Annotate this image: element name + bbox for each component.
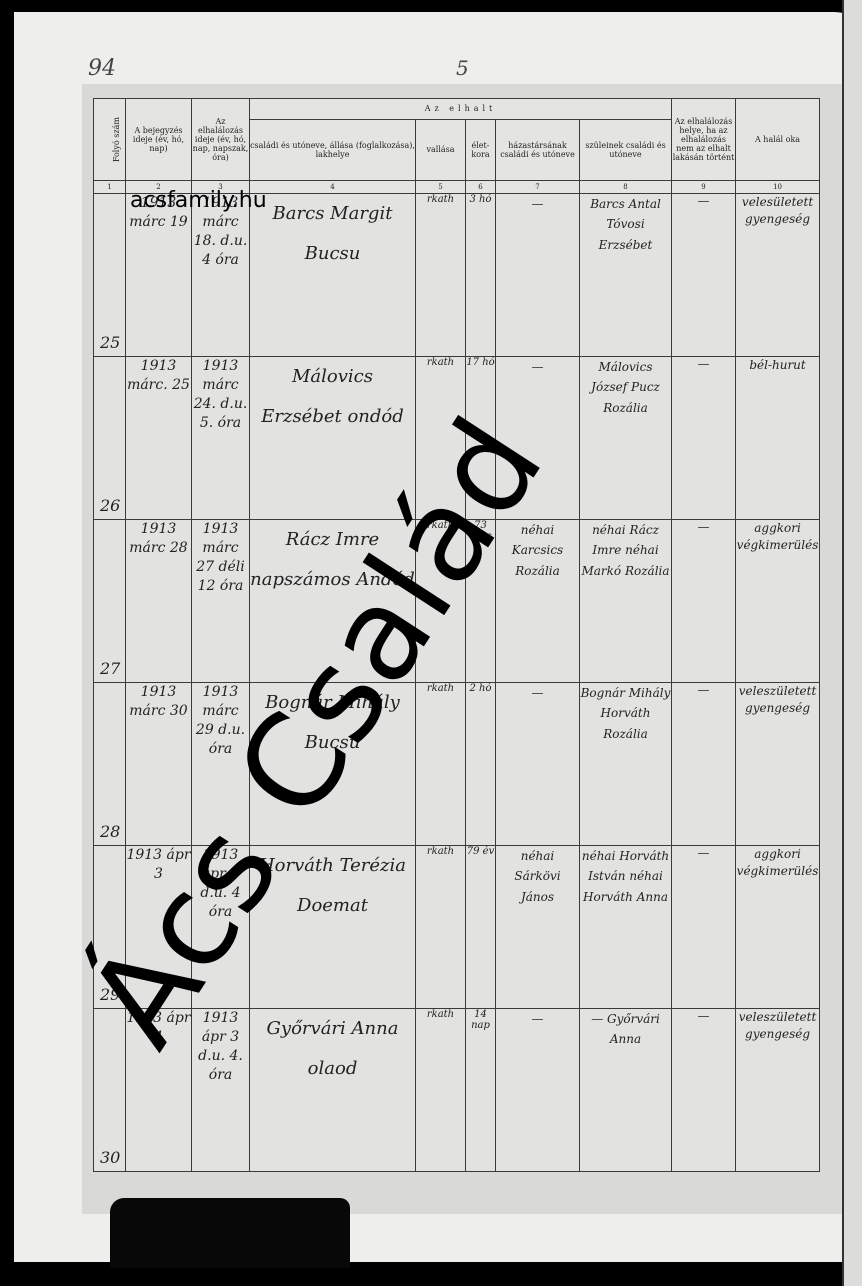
religion: rkath [416, 846, 466, 1009]
death-date: 1913 márc 24. d.u. 5. óra [192, 357, 250, 520]
parents: néhai Rácz Imre néhai Markó Rozália [580, 520, 672, 683]
parents: — Győrvári Anna [580, 1009, 672, 1172]
next-page-edge [842, 0, 862, 1286]
cause-of-death: bél-hurut [736, 357, 820, 520]
age: 14 nap [466, 1009, 496, 1172]
parents: Barcs Antal Tóvosi Erzsébet [580, 194, 672, 357]
cause-of-death: veleszületett gyengeség [736, 1009, 820, 1172]
entry-number: 25 [94, 194, 126, 357]
header-death-date: Az elhalálozás ideje (év, hó, nap, napsz… [192, 99, 250, 181]
header-death-place: Az elhalálozás helye, ha az elhalálozás … [672, 99, 736, 181]
header-parents: szüleinek családi és utóneve [580, 120, 672, 181]
column-number: 4 [250, 181, 416, 194]
cause-of-death: velesületett gyengeség [736, 194, 820, 357]
entry-number: 26 [94, 357, 126, 520]
folio-number: 94 [88, 56, 116, 81]
header-name: családi és utóneve, állása (foglalkozása… [250, 120, 416, 181]
registration-date: 1913 márc 28 [126, 520, 192, 683]
parents: néhai Horváth István néhai Horváth Anna [580, 846, 672, 1009]
page-number: 5 [456, 56, 469, 80]
column-number: 6 [466, 181, 496, 194]
religion: rkath [416, 683, 466, 846]
header-spouse: házastársának családi és utóneve [496, 120, 580, 181]
death-place: — [672, 1009, 736, 1172]
column-number: 10 [736, 181, 820, 194]
death-date: 1913 márc 27 déli 12 óra [192, 520, 250, 683]
religion: rkath [416, 1009, 466, 1172]
death-date: 1913 márc 18. d.u. 4 óra [192, 194, 250, 357]
deceased-name: Győrvári Anna olaod [250, 1009, 416, 1172]
death-place: — [672, 194, 736, 357]
entry-number: 28 [94, 683, 126, 846]
deceased-name: Barcs Margit Bucsu [250, 194, 416, 357]
table-row: 25 1913 márc 19 1913 márc 18. d.u. 4 óra… [94, 194, 820, 357]
spouse: — [496, 1009, 580, 1172]
column-number: 5 [416, 181, 466, 194]
spouse: — [496, 194, 580, 357]
header-age: élet-kora [466, 120, 496, 181]
age: 79 év [466, 846, 496, 1009]
spouse: — [496, 683, 580, 846]
registration-date: 1913 márc. 25 [126, 357, 192, 520]
religion: rkath [416, 194, 466, 357]
cause-of-death: aggkori végkimerülés [736, 520, 820, 683]
parents: Bognár Mihály Horváth Rozália [580, 683, 672, 846]
binder-clip [110, 1198, 350, 1268]
cause-of-death: aggkori végkimerülés [736, 846, 820, 1009]
column-number: 1 [94, 181, 126, 194]
parents: Málovics József Pucz Rozália [580, 357, 672, 520]
header-cause-of-death: A halál oka [736, 99, 820, 181]
spouse: néhai Sárkövi János [496, 846, 580, 1009]
cause-of-death: veleszületett gyengeség [736, 683, 820, 846]
column-number: 8 [580, 181, 672, 194]
death-place: — [672, 846, 736, 1009]
header-deceased-group: Az elhalt [250, 99, 672, 120]
column-number: 9 [672, 181, 736, 194]
header-religion: vallása [416, 120, 466, 181]
watermark-site: acsfamily.hu [130, 188, 267, 213]
age: 3 hó [466, 194, 496, 357]
age: 2 hó [466, 683, 496, 846]
registration-date: 1913 márc 19 [126, 194, 192, 357]
column-number: 7 [496, 181, 580, 194]
death-place: — [672, 683, 736, 846]
entry-number: 27 [94, 520, 126, 683]
entry-number: 30 [94, 1009, 126, 1172]
death-place: — [672, 357, 736, 520]
header-registration-date: A bejegyzés ideje (év, hó, nap) [126, 99, 192, 181]
header-serial-number: Folyó szám [94, 99, 126, 181]
death-place: — [672, 520, 736, 683]
